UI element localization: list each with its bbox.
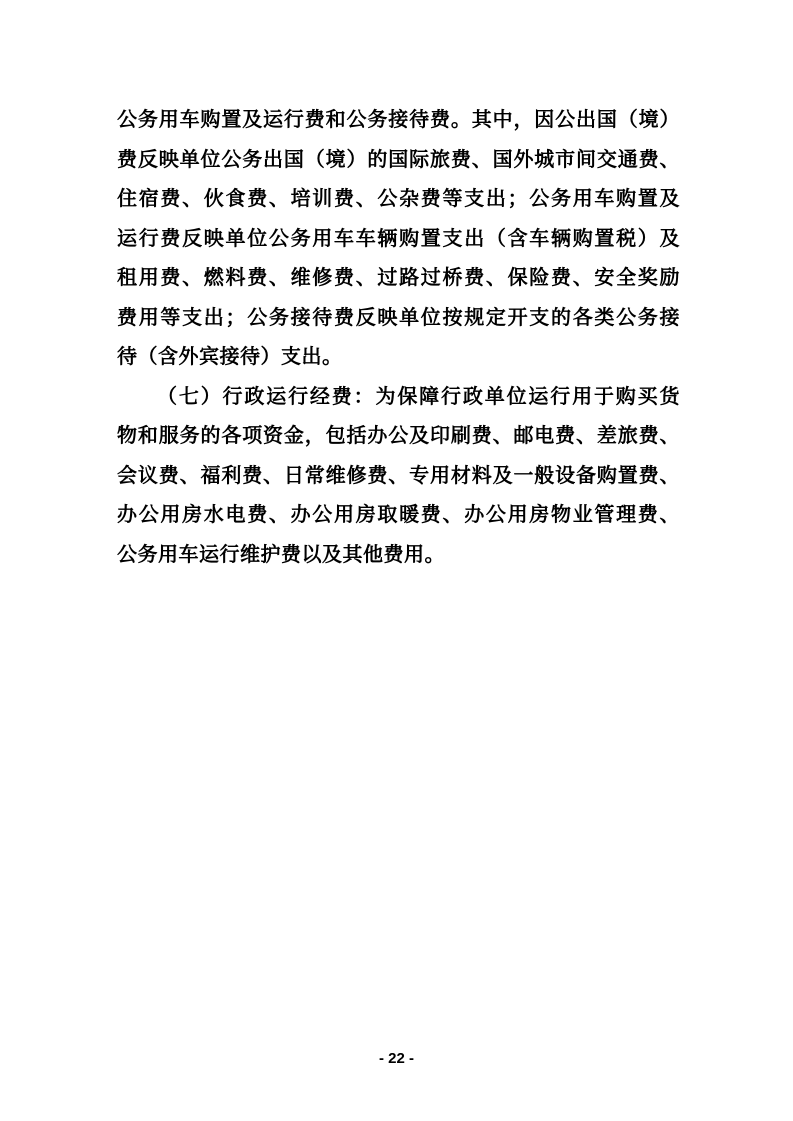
text-line: 租用费、燃料费、维修费、过路过桥费、保险费、安全奖励 [117,259,680,299]
text-line: （七）行政运行经费：为保障行政单位运行用于购买货 [117,378,680,418]
text-line: 会议费、福利费、日常维修费、专用材料及一般设备购置费、 [117,457,680,497]
text-line: 物和服务的各项资金，包括办公及印刷费、邮电费、差旅费、 [117,417,680,457]
page-number: - 22 - [0,1050,793,1067]
text-line: 运行费反映单位公务用车车辆购置支出（含车辆购置税）及 [117,220,680,260]
document-page: 公务用车购置及运行费和公务接待费。其中，因公出国（境） 费反映单位公务出国（境）… [0,0,793,1121]
text-line: 待（含外宾接待）支出。 [117,338,680,378]
text-line: 费用等支出；公务接待费反映单位按规定开支的各类公务接 [117,299,680,339]
text-line: 公务用车购置及运行费和公务接待费。其中，因公出国（境） [117,101,680,141]
paragraph-expense-definitions: 公务用车购置及运行费和公务接待费。其中，因公出国（境） 费反映单位公务出国（境）… [117,101,680,378]
text-line: 住宿费、伙食费、培训费、公杂费等支出；公务用车购置及 [117,180,680,220]
text-line: 公务用车运行维护费以及其他费用。 [117,536,680,576]
text-line: 办公用房水电费、办公用房取暖费、办公用房物业管理费、 [117,496,680,536]
paragraph-admin-operating-funds: （七）行政运行经费：为保障行政单位运行用于购买货 物和服务的各项资金，包括办公及… [117,378,680,576]
text-line: 费反映单位公务出国（境）的国际旅费、国外城市间交通费、 [117,141,680,181]
body-text: 公务用车购置及运行费和公务接待费。其中，因公出国（境） 费反映单位公务出国（境）… [117,101,680,575]
